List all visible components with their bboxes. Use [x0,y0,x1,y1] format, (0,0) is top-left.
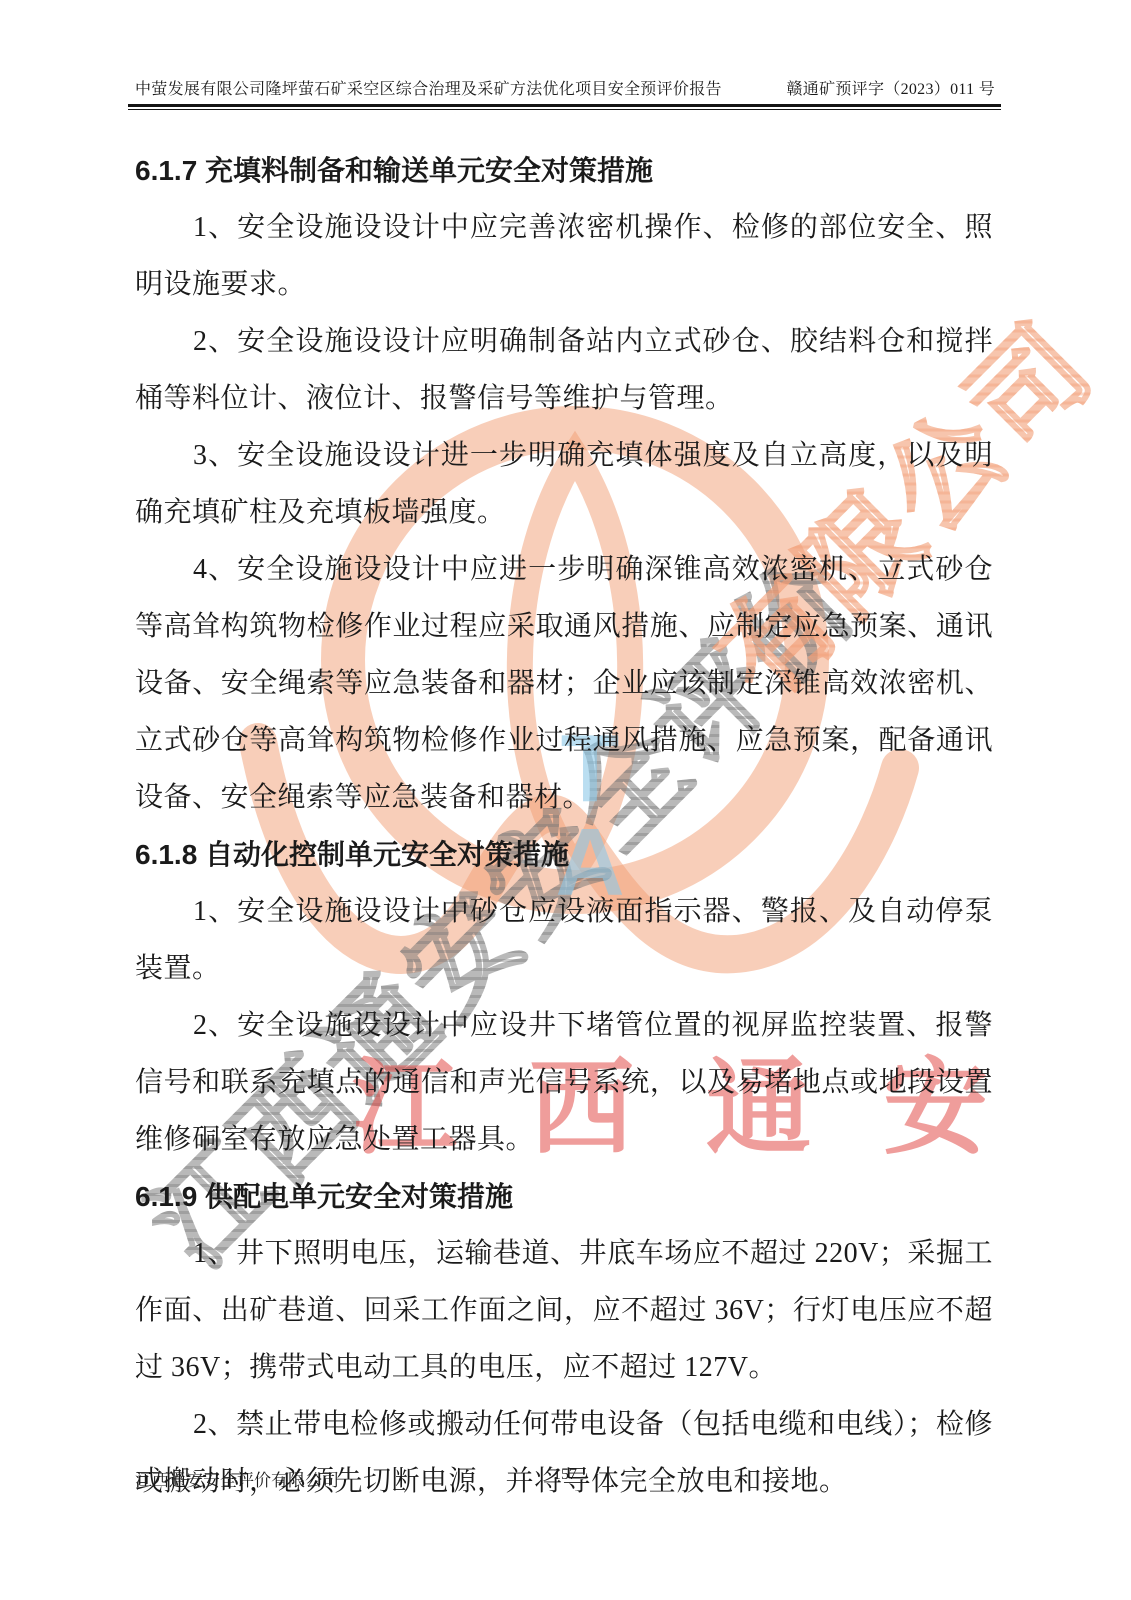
paragraph: 3、安全设施设设计进一步明确充填体强度及自立高度，以及明确充填矿柱及充填板墙强度… [135,427,993,541]
header-rule [128,104,1001,110]
paragraph: 2、安全设施设设计应明确制备站内立式砂仓、胶结料仓和搅拌桶等料位计、液位计、报警… [135,313,993,427]
body-text: 6.1.7 充填料制备和输送单元安全对策措施 1、安全设施设设计中应完善浓密机操… [135,142,993,1510]
paragraph: 2、安全设施设设计中应设井下堵管位置的视屏监控装置、报警信号和联系充填点的通信和… [135,997,993,1168]
document-content: 中萤发展有限公司隆坪萤石矿采空区综合治理及采矿方法优化项目安全预评价报告 赣通矿… [0,0,1131,1600]
paragraph: 1、安全设施设设计中砂仓应设液面指示器、警报、及自动停泵装置。 [135,883,993,997]
document-page: 江西通安安全评价 有限公司 TA 江西通安 中萤发展有限公司隆坪萤石矿采空区综合… [0,0,1131,1600]
paragraph: 4、安全设施设设计中应进一步明确深锥高效浓密机、立式砂仓等高耸构筑物检修作业过程… [135,541,993,826]
page-number: 157 [135,1466,995,1484]
section-heading-617: 6.1.7 充填料制备和输送单元安全对策措施 [135,142,993,199]
header-report-title: 中萤发展有限公司隆坪萤石矿采空区综合治理及采矿方法优化项目安全预评价报告 [135,76,722,99]
section-heading-618: 6.1.8 自动化控制单元安全对策措施 [135,826,993,883]
header-doc-number: 赣通矿预评字（2023）011 号 [786,76,995,99]
paragraph: 1、安全设施设设计中应完善浓密机操作、检修的部位安全、照明设施要求。 [135,199,993,313]
paragraph: 2、禁止带电检修或搬动任何带电设备（包括电缆和电线）；检修或搬动时，必须先切断电… [135,1396,993,1510]
page-header: 中萤发展有限公司隆坪萤石矿采空区综合治理及采矿方法优化项目安全预评价报告 赣通矿… [135,76,995,99]
section-heading-619: 6.1.9 供配电单元安全对策措施 [135,1168,993,1225]
paragraph: 1、井下照明电压，运输巷道、井底车场应不超过 220V；采掘工作面、出矿巷道、回… [135,1225,993,1396]
